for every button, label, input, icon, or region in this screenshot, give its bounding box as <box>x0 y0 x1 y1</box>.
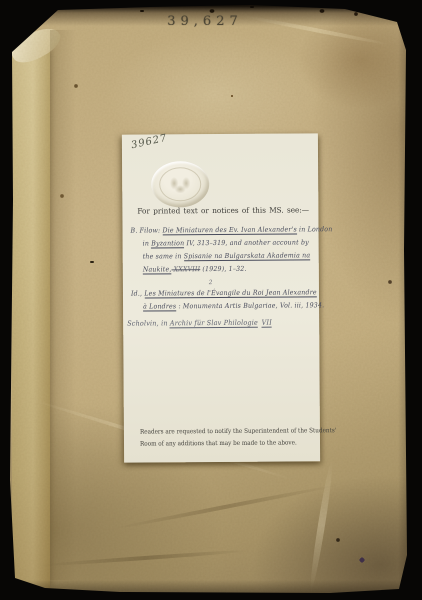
cover-edge-bottom <box>0 580 422 600</box>
bookplate-label: 39627 For printed text or notices of thi… <box>122 133 320 462</box>
entry-text-underlined: Naukite, <box>143 265 172 274</box>
bibliography-entry-1-line-3: the same in Spisanie na Bulgarskata Akad… <box>143 251 311 260</box>
entry-text: Scholvin, in <box>127 319 170 327</box>
shelfmark-stamp: 39,627 <box>160 14 250 29</box>
entry-text: Id., <box>131 290 144 298</box>
photographed-manuscript-cover: 39,627 39627 For printed text or notices… <box>0 0 422 600</box>
entry-text-struck: XXXVIII <box>171 265 200 273</box>
bibliography-entry-3: Scholvin, in Archiv für Slav PhilologieV… <box>127 319 272 328</box>
bibliography-entry-1-line-2: in Byzantion IV, 313–319, and another ac… <box>143 238 309 247</box>
readers-notice-line-2: Room of any additions that may be made t… <box>140 439 297 447</box>
entry-text-underlined: Die Miniaturen des Ev. Ivan Alexander's <box>162 225 296 235</box>
entry-text: (1929), 1–32. <box>200 265 246 273</box>
entry-text-underlined: VII <box>262 319 272 328</box>
handwritten-accession-number: 39627 <box>130 133 168 152</box>
bibliography-entry-1-line-4: Naukite, XXXVIII (1929), 1–32. <box>143 265 247 274</box>
bibliography-entry-1-line-1: B. Filow: Die Miniaturen des Ev. Ivan Al… <box>130 225 332 234</box>
bibliography-entry-2-line-1: Id., Les Miniatures de l'Évangile du Roi… <box>131 288 317 297</box>
entry-text-underlined: Archiv für Slav Philologie <box>170 319 258 329</box>
bibliography-entry-2-line-2: à Londres : Monumenta Artis Bulgariae, V… <box>143 301 324 310</box>
entry-text-underlined: Spisanie na Bulgarskata Akademia na <box>184 251 311 261</box>
entry-text-underlined: à Londres <box>143 302 176 311</box>
label-heading: For printed text or notices of this MS. … <box>137 205 304 215</box>
entry-text-underlined: Byzantion <box>151 239 184 248</box>
entry-text: : Monumenta Artis Bulgariae, Vol. iii, 1… <box>176 301 324 310</box>
entry-text: B. Filow: <box>130 226 162 234</box>
cover-edge-right <box>396 0 422 600</box>
entry-text: IV, 313–319, and another account by <box>184 238 309 247</box>
embossed-museum-seal <box>151 161 209 207</box>
entry-text-underlined: Les Miniatures de l'Évangile du Roi Jean… <box>144 288 316 298</box>
entry-text: in London <box>297 225 333 233</box>
readers-notice-line-1: Readers are requested to notify the Supe… <box>140 427 336 435</box>
separator-mark: 2 <box>209 279 213 286</box>
entry-text: the same in <box>143 252 184 260</box>
